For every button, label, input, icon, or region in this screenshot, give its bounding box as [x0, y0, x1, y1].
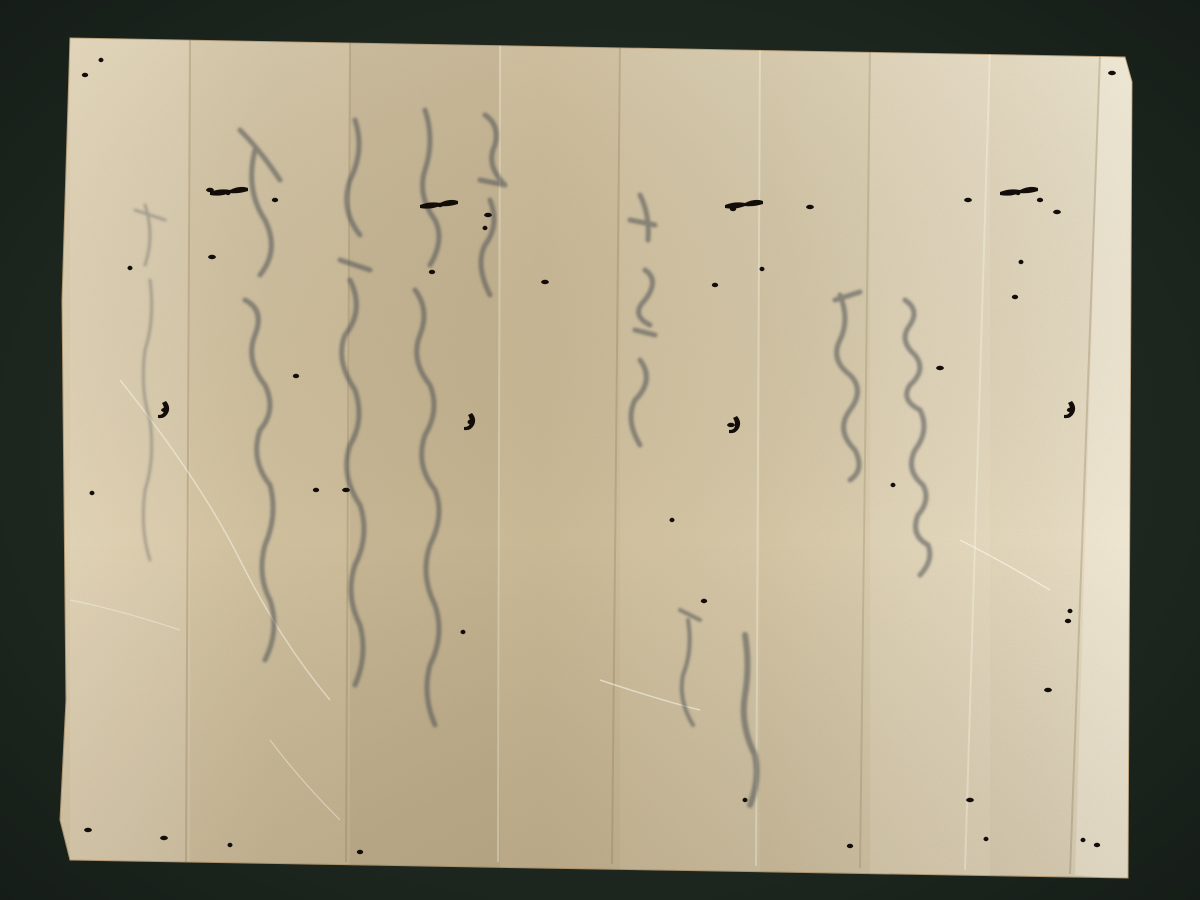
wormhole [936, 366, 944, 370]
wormhole [483, 226, 488, 230]
wormhole [847, 844, 853, 848]
wormhole [1037, 198, 1043, 202]
wormhole [727, 423, 735, 427]
wormhole [99, 58, 104, 62]
wormhole [90, 491, 95, 495]
wormhole [128, 266, 133, 270]
wormhole [208, 255, 216, 259]
wormhole [541, 280, 549, 284]
wormhole [984, 837, 989, 841]
wormhole [1081, 838, 1086, 842]
wormhole [964, 198, 972, 202]
wormhole [84, 828, 92, 832]
wormhole [357, 850, 363, 854]
wormhole [806, 205, 814, 209]
wormhole [760, 267, 765, 271]
wormhole [484, 213, 492, 217]
wormhole [891, 483, 896, 487]
wormhole [160, 836, 168, 840]
wormhole [743, 798, 748, 802]
wormhole [966, 798, 974, 802]
wormhole [1065, 619, 1071, 623]
wormhole [701, 599, 707, 603]
wormhole [1053, 210, 1061, 214]
wormhole [1012, 295, 1018, 299]
document-sheet: aged Japanese handwritten letter (kuzush… [0, 0, 1200, 900]
wormhole [82, 73, 88, 77]
wormhole [712, 283, 718, 287]
wormhole [1068, 609, 1073, 613]
wormhole [293, 374, 299, 378]
wormhole [429, 270, 435, 274]
wormhole [1108, 71, 1116, 75]
wormhole [272, 198, 278, 202]
wormhole [461, 630, 466, 634]
wormhole [670, 518, 675, 522]
wormhole [1019, 260, 1024, 264]
wormhole [342, 488, 350, 492]
wormhole [228, 843, 233, 847]
wormhole [1094, 843, 1100, 847]
wormhole [1044, 688, 1052, 692]
wormhole [313, 488, 319, 492]
paper-svg [0, 0, 1200, 900]
